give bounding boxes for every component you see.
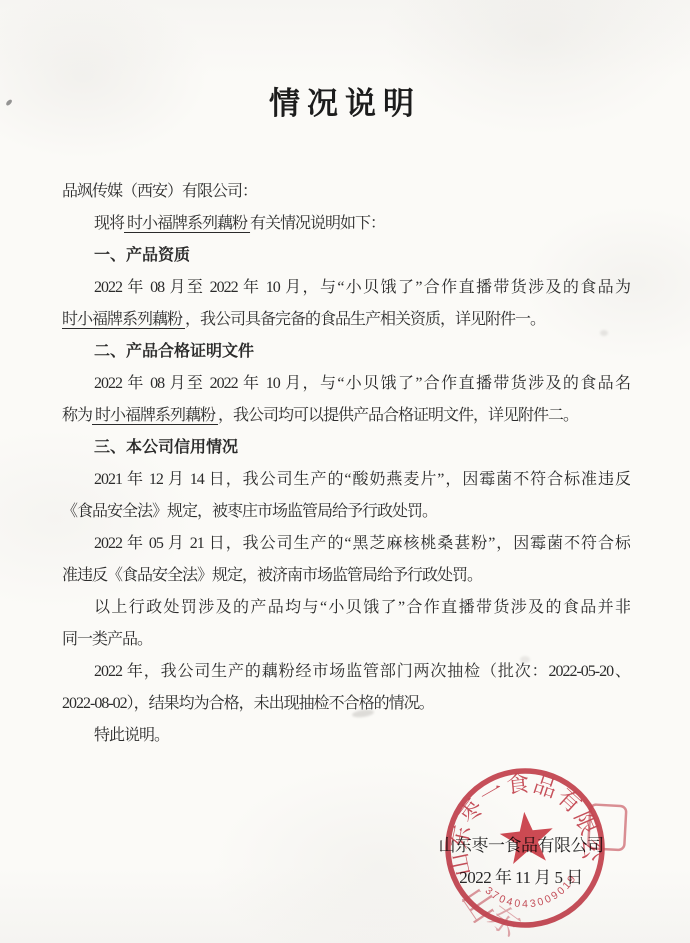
- section-heading: 一、产品资质: [62, 240, 630, 272]
- underlined-text: 时小福牌系列藕粉: [92, 407, 218, 424]
- document-title: 情况说明: [0, 78, 690, 123]
- text-line: 2022 年 08 月至 2022 年 10 月，与“小贝饿了”合作直播带货涉及…: [62, 272, 630, 304]
- scan-smudge: [600, 330, 608, 336]
- company-seal: 山东枣一食品有限公司 3704043009019 山 东: [430, 753, 635, 943]
- text-line: 称为 时小福牌系列藕粉 ，我公司均可以提供产品合格证明文件，详见附件二。: [62, 400, 630, 432]
- seal-star-icon: [498, 809, 556, 865]
- text-line: 以上行政处罚涉及的产品均与“小贝饿了”合作直播带货涉及的食品并非: [62, 592, 630, 624]
- document-body: 品飒传媒（西安）有限公司：现将 时小福牌系列藕粉 有关情况说明如下：一、产品资质…: [62, 176, 630, 752]
- scanned-document-page: 情况说明 品飒传媒（西安）有限公司：现将 时小福牌系列藕粉 有关情况说明如下：一…: [0, 0, 690, 943]
- text-line: 时小福牌系列藕粉 ，我公司具备完备的食品生产相关资质，详见附件一。: [62, 304, 630, 336]
- text-line: 2022 年，我公司生产的藕粉经市场监管部门两次抽检（批次：2022-05-20…: [62, 656, 630, 688]
- underlined-text: 时小福牌系列藕粉: [124, 215, 250, 232]
- underlined-text: 时小福牌系列藕粉: [62, 311, 185, 328]
- text-line: 特此说明。: [62, 720, 630, 752]
- text-line: 2022 年 05 月 21 日，我公司生产的“黑芝麻核桃桑葚粉”，因霉菌不符合…: [62, 528, 630, 560]
- scan-smudge: [520, 656, 530, 663]
- text-line: 现将 时小福牌系列藕粉 有关情况说明如下：: [62, 208, 630, 240]
- section-heading: 三、本公司信用情况: [62, 432, 630, 464]
- text-line: 2022-08-02），结果均为合格，未出现抽检不合格的情况。: [62, 688, 630, 720]
- text-line: 2022 年 08 月至 2022 年 10 月，与“小贝饿了”合作直播带货涉及…: [62, 368, 630, 400]
- text-line: 准违反《食品安全法》规定，被济南市场监管局给予行政处罚。: [62, 560, 630, 592]
- text-line: 品飒传媒（西安）有限公司：: [62, 176, 630, 208]
- text-line: 同一类产品。: [62, 624, 630, 656]
- text-line: 《食品安全法》规定，被枣庄市场监管局给予行政处罚。: [62, 496, 630, 528]
- text-line: 2021 年 12 月 14 日，我公司生产的“酸奶燕麦片”，因霉菌不符合标准违…: [62, 464, 630, 496]
- section-heading: 二、产品合格证明文件: [62, 336, 630, 368]
